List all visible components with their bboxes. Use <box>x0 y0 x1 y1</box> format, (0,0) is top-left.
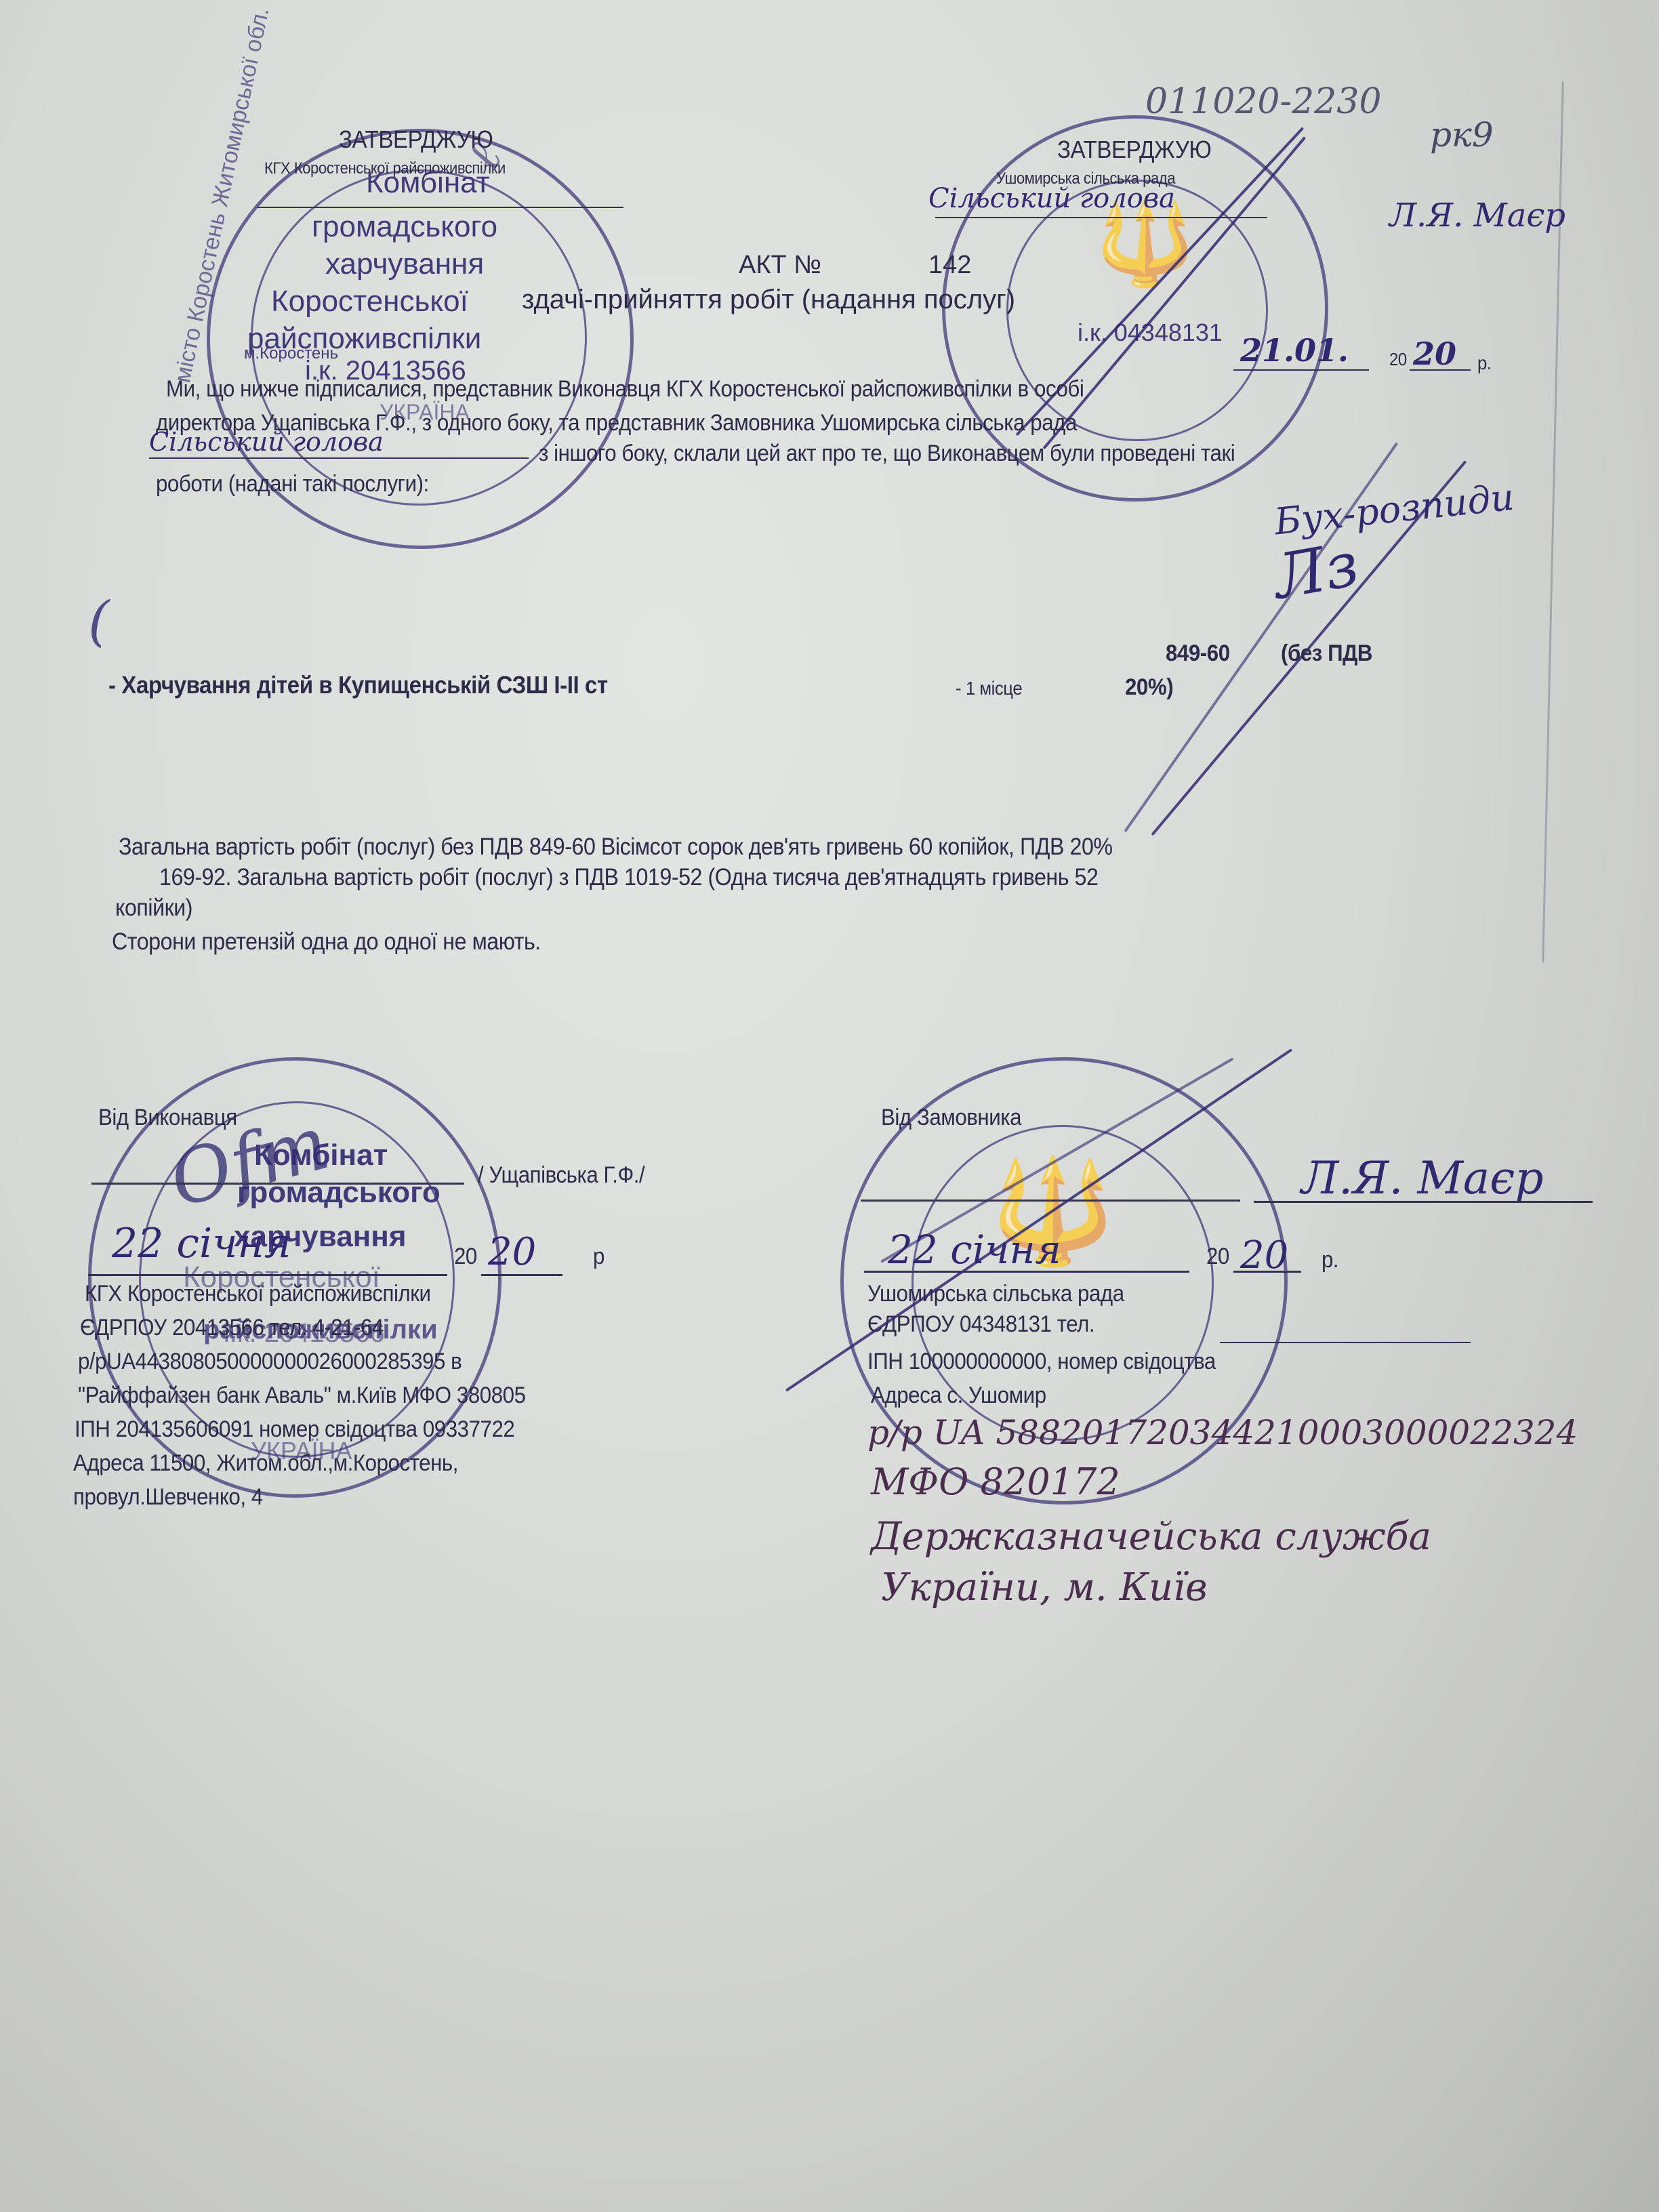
executor-detail-ipn: ІПН 204135606091 номер свідоцтва 0933772… <box>75 1416 514 1443</box>
executor-detail-org: КГХ Коростенської райспоживспілки <box>85 1281 430 1307</box>
intro-line-1: Ми, що нижче підписалися, представник Ви… <box>166 376 1084 403</box>
customer-signature: Л.Я. Маєр <box>1301 1152 1543 1204</box>
executor-name: / Ущапівська Г.Ф./ <box>478 1162 644 1189</box>
approval-date-suffix: р. <box>1477 352 1492 374</box>
executor-year: 20 <box>488 1230 536 1274</box>
customer-handwritten-bank-city: України, м. Київ <box>881 1565 1208 1610</box>
intro-representative-line <box>149 457 529 459</box>
totals-line-3: копійки) <box>115 895 192 922</box>
customer-detail-org: Ушомирська сільська рада <box>867 1281 1124 1307</box>
totals-line-1: Загальна вартість робіт (послуг) без ПДВ… <box>119 834 1113 861</box>
item-vat-note-1: (без ПДВ <box>1281 640 1372 667</box>
intro-line-3: з іншого боку, склали цей акт про те, що… <box>539 441 1235 467</box>
approval-right-heading: ЗАТВЕРДЖУЮ <box>1057 136 1211 164</box>
approval-date-year: 20 <box>1413 335 1456 372</box>
customer-year-prefix: 20 <box>1206 1244 1229 1270</box>
act-number: 142 <box>928 251 971 280</box>
executor-detail-street: провул.Шевченко, 4 <box>73 1484 263 1511</box>
registration-number: 011020-2230 <box>1145 81 1381 122</box>
initials-note: рк9 <box>1430 115 1494 155</box>
executor-year-prefix: 20 <box>454 1244 477 1270</box>
customer-label: Від Замовника <box>881 1105 1021 1131</box>
customer-handwritten-account: р/р UA 588201720344210003000022324 <box>867 1413 1578 1452</box>
executor-detail-account: р/рUA443808050000000026000285395 в <box>78 1349 462 1375</box>
stamp-line-3: харчування <box>325 247 484 281</box>
executor-detail-address: Адреса 11500, Житом.обл.,м.Коростень, <box>73 1450 458 1477</box>
intro-line-4: роботи (надані такі послуги): <box>156 471 429 497</box>
approver-signature-top: Л.Я. Маєр <box>1389 197 1565 234</box>
approval-date-day-month: 21.01. <box>1240 332 1349 369</box>
approval-right-signature: Сільський голова <box>928 183 1175 214</box>
executor-year-label: р <box>593 1244 605 1270</box>
claims-statement: Сторони претензій одна до одної не мають… <box>112 928 541 956</box>
stamp-line-1: Комбінат <box>366 166 490 200</box>
approval-date-line <box>1233 369 1369 371</box>
customer-date-line <box>864 1271 1189 1273</box>
approval-left-sign-line <box>258 207 623 208</box>
item-name: - Харчування дітей в Купищенській СЗШ І-… <box>108 671 608 699</box>
customer-phone-line <box>1220 1342 1471 1343</box>
executor-detail-edrpou: ЄДРПОУ 20413566 тел. 4-21-64 <box>80 1315 384 1341</box>
executor-date-line <box>88 1274 447 1276</box>
customer-sign-line <box>1254 1201 1593 1203</box>
customer-date: 22 січня <box>888 1227 1061 1273</box>
executor-year-line <box>481 1274 562 1276</box>
bracket-mark: ( <box>88 590 109 653</box>
item-amount: 849-60 <box>1166 640 1230 667</box>
customer-detail-ipn: ІПН 100000000000, номер свідоцтва <box>867 1349 1216 1375</box>
customer-detail-address: Адреса с. Ушомир <box>871 1382 1046 1409</box>
customer-detail-edrpou: ЄДРПОУ 04348131 тел. <box>867 1311 1094 1338</box>
customer-sign-line-left <box>861 1200 1240 1202</box>
item-quantity: - 1 місце <box>956 678 1022 699</box>
customer-handwritten-bank: Держказначейська служба <box>871 1515 1431 1559</box>
executor-detail-bank: "Райффайзен банк Аваль" м.Київ МФО 38080… <box>78 1382 526 1409</box>
stamp-line-2: громадського <box>312 210 497 244</box>
customer-year-line <box>1233 1271 1301 1273</box>
executor-sign-line <box>91 1183 464 1185</box>
act-subtitle: здачі-прийняття робіт (надання послуг) <box>522 285 1015 315</box>
stamp-line-4: Коростенської <box>271 285 468 319</box>
totals-line-2: 169-92. Загальна вартість робіт (послуг)… <box>159 864 1098 891</box>
executor-date: 22 січня <box>112 1220 291 1267</box>
act-label: АКТ № <box>739 251 821 280</box>
customer-handwritten-mfo: МФО 820172 <box>871 1460 1120 1503</box>
approval-date-year-prefix: 20 <box>1389 349 1407 370</box>
customer-year-label: р. <box>1322 1247 1338 1273</box>
approval-year-line <box>1410 369 1471 371</box>
item-vat-note-2: 20%) <box>1125 674 1173 701</box>
intro-customer-representative: Сільський голова <box>149 427 384 457</box>
